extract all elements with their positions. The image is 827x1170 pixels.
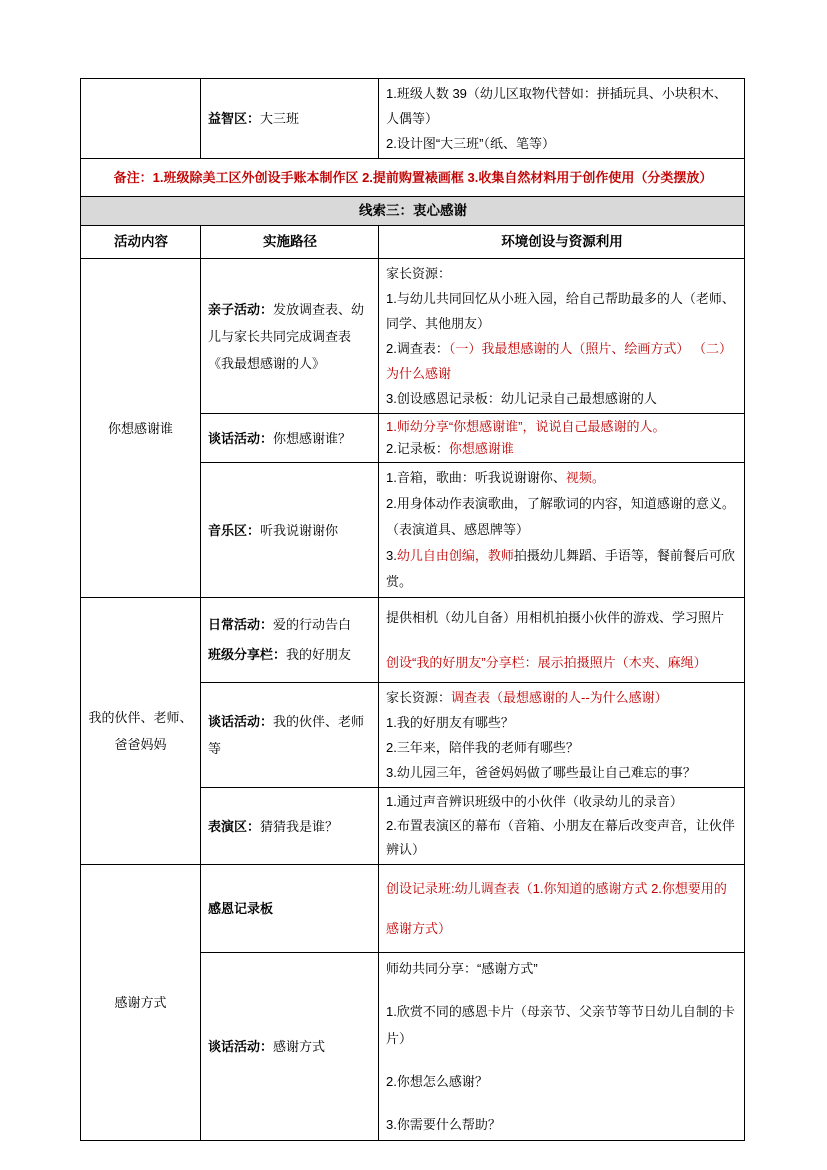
path-cell-s3r2: 谈话活动：感谢方式 <box>201 953 379 1141</box>
path-label: 日常活动： <box>208 617 273 632</box>
table-row-banner: 线索三：衷心感谢 <box>81 197 745 226</box>
env-line: 2.你想怎么感谢？ <box>386 1068 738 1095</box>
env-line: 家长资源： <box>386 261 738 286</box>
env-line: 2.用身体动作表演歌曲，了解歌词的内容，知道感谢的意义。（表演道具、感恩牌等） <box>386 491 738 543</box>
env-text-red: 你想感谢谁 <box>449 441 514 456</box>
path-line: 日常活动：爱的行动告白 <box>208 610 372 640</box>
path-text: 你想感谢谁？ <box>273 431 351 446</box>
path-line: 谈话活动：感谢方式 <box>208 1033 372 1060</box>
env-text-red: 幼儿自由创编，教师 <box>397 548 514 563</box>
env-line-red: 创设“我的好朋友”分享栏：展示拍摄照片（木夹、麻绳） <box>386 649 738 676</box>
note-cell: 备注：1.班级除美工区外创设手账本制作区 2.提前购置裱画框 3.收集自然材料用… <box>81 159 745 197</box>
env-line-red: 1.师幼分享“你想感谢谁”，说说自己最感谢的人。 <box>386 416 738 438</box>
document-page: 益智区：大三班 1.班级人数 39（幼儿区取物代替如：拼插玩具、小块积木、人偶等… <box>0 0 827 1170</box>
activity-label: 感谢方式 <box>114 995 166 1010</box>
env-line: 1.音箱，歌曲：听我说谢谢你、视频。 <box>386 465 738 491</box>
env-line: 3.幼儿自由创编，教师拍摄幼儿舞蹈、手语等，餐前餐后可欣赏。 <box>386 543 738 595</box>
path-cell-s1r3: 音乐区：听我说谢谢你 <box>201 463 379 598</box>
path-cell-s1r1: 亲子活动：发放调查表、幼儿与家长共同完成调查表《我最想感谢的人》 <box>201 259 379 414</box>
path-text: 猜猜我是谁？ <box>260 819 338 834</box>
path-line: 音乐区：听我说谢谢你 <box>208 517 372 544</box>
env-line: 3.你需要什么帮助？ <box>386 1111 738 1138</box>
env-cell-s2r1: 提供相机（幼儿自备）用相机拍摄小伙伴的游戏、学习照片 创设“我的好朋友”分享栏：… <box>379 598 745 683</box>
path-line: 班级分享栏：我的好朋友 <box>208 640 372 670</box>
activity-cell-s2: 我的伙伴、老师、爸爸妈妈 <box>81 598 201 865</box>
path-line: 表演区：猜猜我是谁？ <box>208 813 372 840</box>
env-line: 家长资源：调查表（最想感谢的人--为什么感谢） <box>386 685 738 710</box>
activity-cell-s3: 感谢方式 <box>81 865 201 1141</box>
env-line: 2.布置表演区的幕布（音箱、小朋友在幕后改变声音，让伙伴辨认） <box>386 814 738 862</box>
env-line: 提供相机（幼儿自备）用相机拍摄小伙伴的游戏、学习照片 <box>386 604 738 631</box>
env-cell-s1r1: 家长资源： 1.与幼儿共同回忆从小班入园，给自己帮助最多的人（老师、同学、其他朋… <box>379 259 745 414</box>
path-cell-s2r1: 日常活动：爱的行动告白 班级分享栏：我的好朋友 <box>201 598 379 683</box>
table-row-s1r1: 你想感谢谁 亲子活动：发放调查表、幼儿与家长共同完成调查表《我最想感谢的人》 家… <box>81 259 745 414</box>
path-text: 爱的行动告白 <box>273 617 351 632</box>
path-text: 我的好朋友 <box>286 647 351 662</box>
env-text-red: 视频。 <box>566 470 605 485</box>
env-cell-s1r3: 1.音箱，歌曲：听我说谢谢你、视频。 2.用身体动作表演歌曲，了解歌词的内容，知… <box>379 463 745 598</box>
path-label: 音乐区： <box>208 523 260 538</box>
env-cell-s2r3: 1.通过声音辨识班级中的小伙伴（收录幼儿的录音） 2.布置表演区的幕布（音箱、小… <box>379 788 745 865</box>
activity-cell-empty <box>81 79 201 159</box>
env-text: 2.记录板： <box>386 441 449 456</box>
env-line: 2.记录板：你想感谢谁 <box>386 438 738 460</box>
path-label: 谈话活动： <box>208 714 273 729</box>
env-line: 1.欣赏不同的感恩卡片（母亲节、父亲节等节日幼儿自制的卡片） <box>386 998 738 1052</box>
path-text: 听我说谢谢你 <box>260 523 338 538</box>
env-line: 2.三年来，陪伴我的老师有哪些？ <box>386 735 738 760</box>
env-line: 1.与幼儿共同回忆从小班入园，给自己帮助最多的人（老师、同学、其他朋友） <box>386 286 738 336</box>
env-text: 1.音箱，歌曲：听我说谢谢你、 <box>386 470 566 485</box>
path-label: 表演区： <box>208 819 260 834</box>
env-line: 1.通过声音辨识班级中的小伙伴（收录幼儿的录音） <box>386 790 738 814</box>
path-line: 感恩记录板 <box>208 895 372 922</box>
path-cell-s1r2: 谈话活动：你想感谢谁？ <box>201 414 379 463</box>
area-value: 大三班 <box>260 111 299 126</box>
path-label: 谈话活动： <box>208 1039 273 1054</box>
env-line-red: 创设记录班:幼儿调查表（1.你知道的感谢方式 2.你想要用的感谢方式） <box>386 869 738 949</box>
env-text: 家长资源： <box>386 690 451 705</box>
activity-label: 我的伙伴、老师、爸爸妈妈 <box>88 710 192 752</box>
note-text: 备注：1.班级除美工区外创设手账本制作区 2.提前购置裱画框 3.收集自然材料用… <box>114 170 713 185</box>
env-text: 3. <box>386 548 397 563</box>
banner-title: 线索三：衷心感谢 <box>359 203 467 218</box>
column-header-activity: 活动内容 <box>81 226 201 259</box>
table-row-area: 益智区：大三班 1.班级人数 39（幼儿区取物代替如：拼插玩具、小块积木、人偶等… <box>81 79 745 159</box>
activity-cell-s1: 你想感谢谁 <box>81 259 201 598</box>
env-cell-s3r1: 创设记录班:幼儿调查表（1.你知道的感谢方式 2.你想要用的感谢方式） <box>379 865 745 953</box>
path-label: 谈话活动： <box>208 431 273 446</box>
activity-label: 你想感谢谁 <box>108 421 173 436</box>
column-header-path: 实施路径 <box>201 226 379 259</box>
area-label: 益智区： <box>208 111 260 126</box>
table-row-note: 备注：1.班级除美工区外创设手账本制作区 2.提前购置裱画框 3.收集自然材料用… <box>81 159 745 197</box>
env-cell-s2r2: 家长资源：调查表（最想感谢的人--为什么感谢） 1.我的好朋友有哪些？ 2.三年… <box>379 683 745 788</box>
path-line: 亲子活动：发放调查表、幼儿与家长共同完成调查表《我最想感谢的人》 <box>208 296 372 377</box>
env-line: 1.班级人数 39（幼儿区取物代替如：拼插玩具、小块积木、人偶等） <box>386 81 738 131</box>
column-header-env: 环境创设与资源利用 <box>379 226 745 259</box>
env-text-red: 调查表（最想感谢的人--为什么感谢） <box>451 690 668 705</box>
env-cell-s1r2: 1.师幼分享“你想感谢谁”，说说自己最感谢的人。 2.记录板：你想感谢谁 <box>379 414 745 463</box>
env-text: 2.调查表： <box>386 341 449 356</box>
table-row-headers: 活动内容 实施路径 环境创设与资源利用 <box>81 226 745 259</box>
path-cell-s3r1: 感恩记录板 <box>201 865 379 953</box>
env-line: 2.设计图“大三班”（纸、笔等） <box>386 131 738 156</box>
env-cell-s3r2: 师幼共同分享：“感谢方式” 1.欣赏不同的感恩卡片（母亲节、父亲节等节日幼儿自制… <box>379 953 745 1141</box>
section-banner: 线索三：衷心感谢 <box>81 197 745 226</box>
env-line: 2.调查表：（一）我最想感谢的人（照片、绘画方式） （二）为什么感谢 <box>386 336 738 386</box>
path-cell-s2r3: 表演区：猜猜我是谁？ <box>201 788 379 865</box>
path-line: 益智区：大三班 <box>208 105 372 132</box>
path-label: 班级分享栏： <box>208 647 286 662</box>
path-text: 感谢方式 <box>273 1039 325 1054</box>
table-row-s3r1: 感谢方式 感恩记录板 创设记录班:幼儿调查表（1.你知道的感谢方式 2.你想要用… <box>81 865 745 953</box>
env-line: 3.创设感恩记录板：幼儿记录自己最想感谢的人 <box>386 386 738 411</box>
env-line: 3.幼儿园三年，爸爸妈妈做了哪些最让自己难忘的事？ <box>386 760 738 785</box>
env-line: 师幼共同分享：“感谢方式” <box>386 955 738 982</box>
path-line: 谈话活动：我的伙伴、老师等 <box>208 708 372 762</box>
path-line: 谈话活动：你想感谢谁？ <box>208 425 372 452</box>
env-cell-area: 1.班级人数 39（幼儿区取物代替如：拼插玩具、小块积木、人偶等） 2.设计图“… <box>379 79 745 159</box>
path-label: 感恩记录板 <box>208 901 273 916</box>
path-cell-area: 益智区：大三班 <box>201 79 379 159</box>
table-row-s2r1: 我的伙伴、老师、爸爸妈妈 日常活动：爱的行动告白 班级分享栏：我的好朋友 提供相… <box>81 598 745 683</box>
path-label: 亲子活动： <box>208 302 273 317</box>
activity-plan-table: 益智区：大三班 1.班级人数 39（幼儿区取物代替如：拼插玩具、小块积木、人偶等… <box>80 78 745 1141</box>
env-line: 1.我的好朋友有哪些？ <box>386 710 738 735</box>
path-cell-s2r2: 谈话活动：我的伙伴、老师等 <box>201 683 379 788</box>
